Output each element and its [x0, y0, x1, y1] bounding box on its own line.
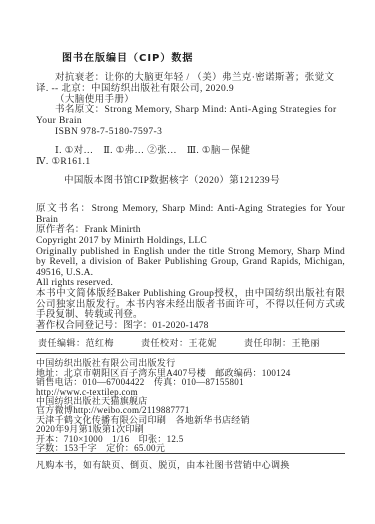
cip-data-section: 图书在版编目（CIP）数据 对抗衰老：让你的大脑更年轻 / （美）弗兰克·密诺斯… [36, 49, 345, 187]
cip-classification-line1: Ⅰ. ①对… Ⅱ. ①弗… ②张… Ⅲ. ①脑－保健 [36, 146, 345, 157]
responsible-proofreader: 责任校对：王花妮 [141, 336, 217, 349]
cip-heading: 图书在版编目（CIP）数据 [62, 49, 345, 64]
cip-original-title: 书名原文：Strong Memory, Sharp Mind: Anti-Agi… [36, 105, 345, 127]
colophon-page: 图书在版编目（CIP）数据 对抗衰老：让你的大脑更年轻 / （美）弗兰克·密诺斯… [0, 0, 375, 524]
original-title-line: 原文书名：Strong Memory, Sharp Mind: Anti-Agi… [36, 204, 345, 225]
original-publisher-line: Originally published in English under th… [36, 247, 345, 279]
copyright-section: 原文书名：Strong Memory, Sharp Mind: Anti-Agi… [36, 204, 345, 331]
cip-record-number: 中国版本图书馆CIP数据核字（2020）第121239号 [36, 176, 345, 187]
cip-entry: 对抗衰老：让你的大脑更年轻 / （美）弗兰克·密诺斯著；张觉文译. -- 北京：… [36, 73, 345, 95]
publication-info-section: 中国纺织出版社有限公司出版发行 地址：北京市朝阳区百子湾东里A407号楼 邮政编… [36, 359, 345, 453]
responsible-editor: 责任编辑：范红梅 [38, 336, 114, 349]
divider-line [36, 353, 345, 354]
wordcount-price-line: 字数：153千字 定价：65.00元 [36, 444, 345, 453]
replacement-notice: 凡购本书，如有缺页、倒页、脱页，由本社图书营销中心调换 [36, 460, 345, 471]
rights-reserved-line: All rights reserved. [36, 278, 345, 289]
responsible-printer: 责任印制：王艳丽 [244, 336, 320, 349]
chinese-rights-line: 本书中文简体版经Baker Publishing Group授权，由中国纺织出版… [36, 289, 345, 321]
original-author-line: 原作者名：Frank Minirth [36, 225, 345, 236]
contract-registration-line: 著作权合同登记号：图字：01-2020-1478 [36, 321, 345, 332]
cip-classification-line2: Ⅳ. ①R161.1 [36, 157, 345, 168]
cip-isbn: ISBN 978-7-5180-7597-3 [36, 127, 345, 138]
staff-credits-row: 责任编辑：范红梅 责任校对：王花妮 责任印制：王艳丽 [36, 332, 345, 353]
divider-line [36, 453, 345, 454]
copyright-line: Copyright 2017 by Minirth Holdings, LLC [36, 236, 345, 247]
cip-series-title: （大脑使用手册） [36, 95, 345, 106]
